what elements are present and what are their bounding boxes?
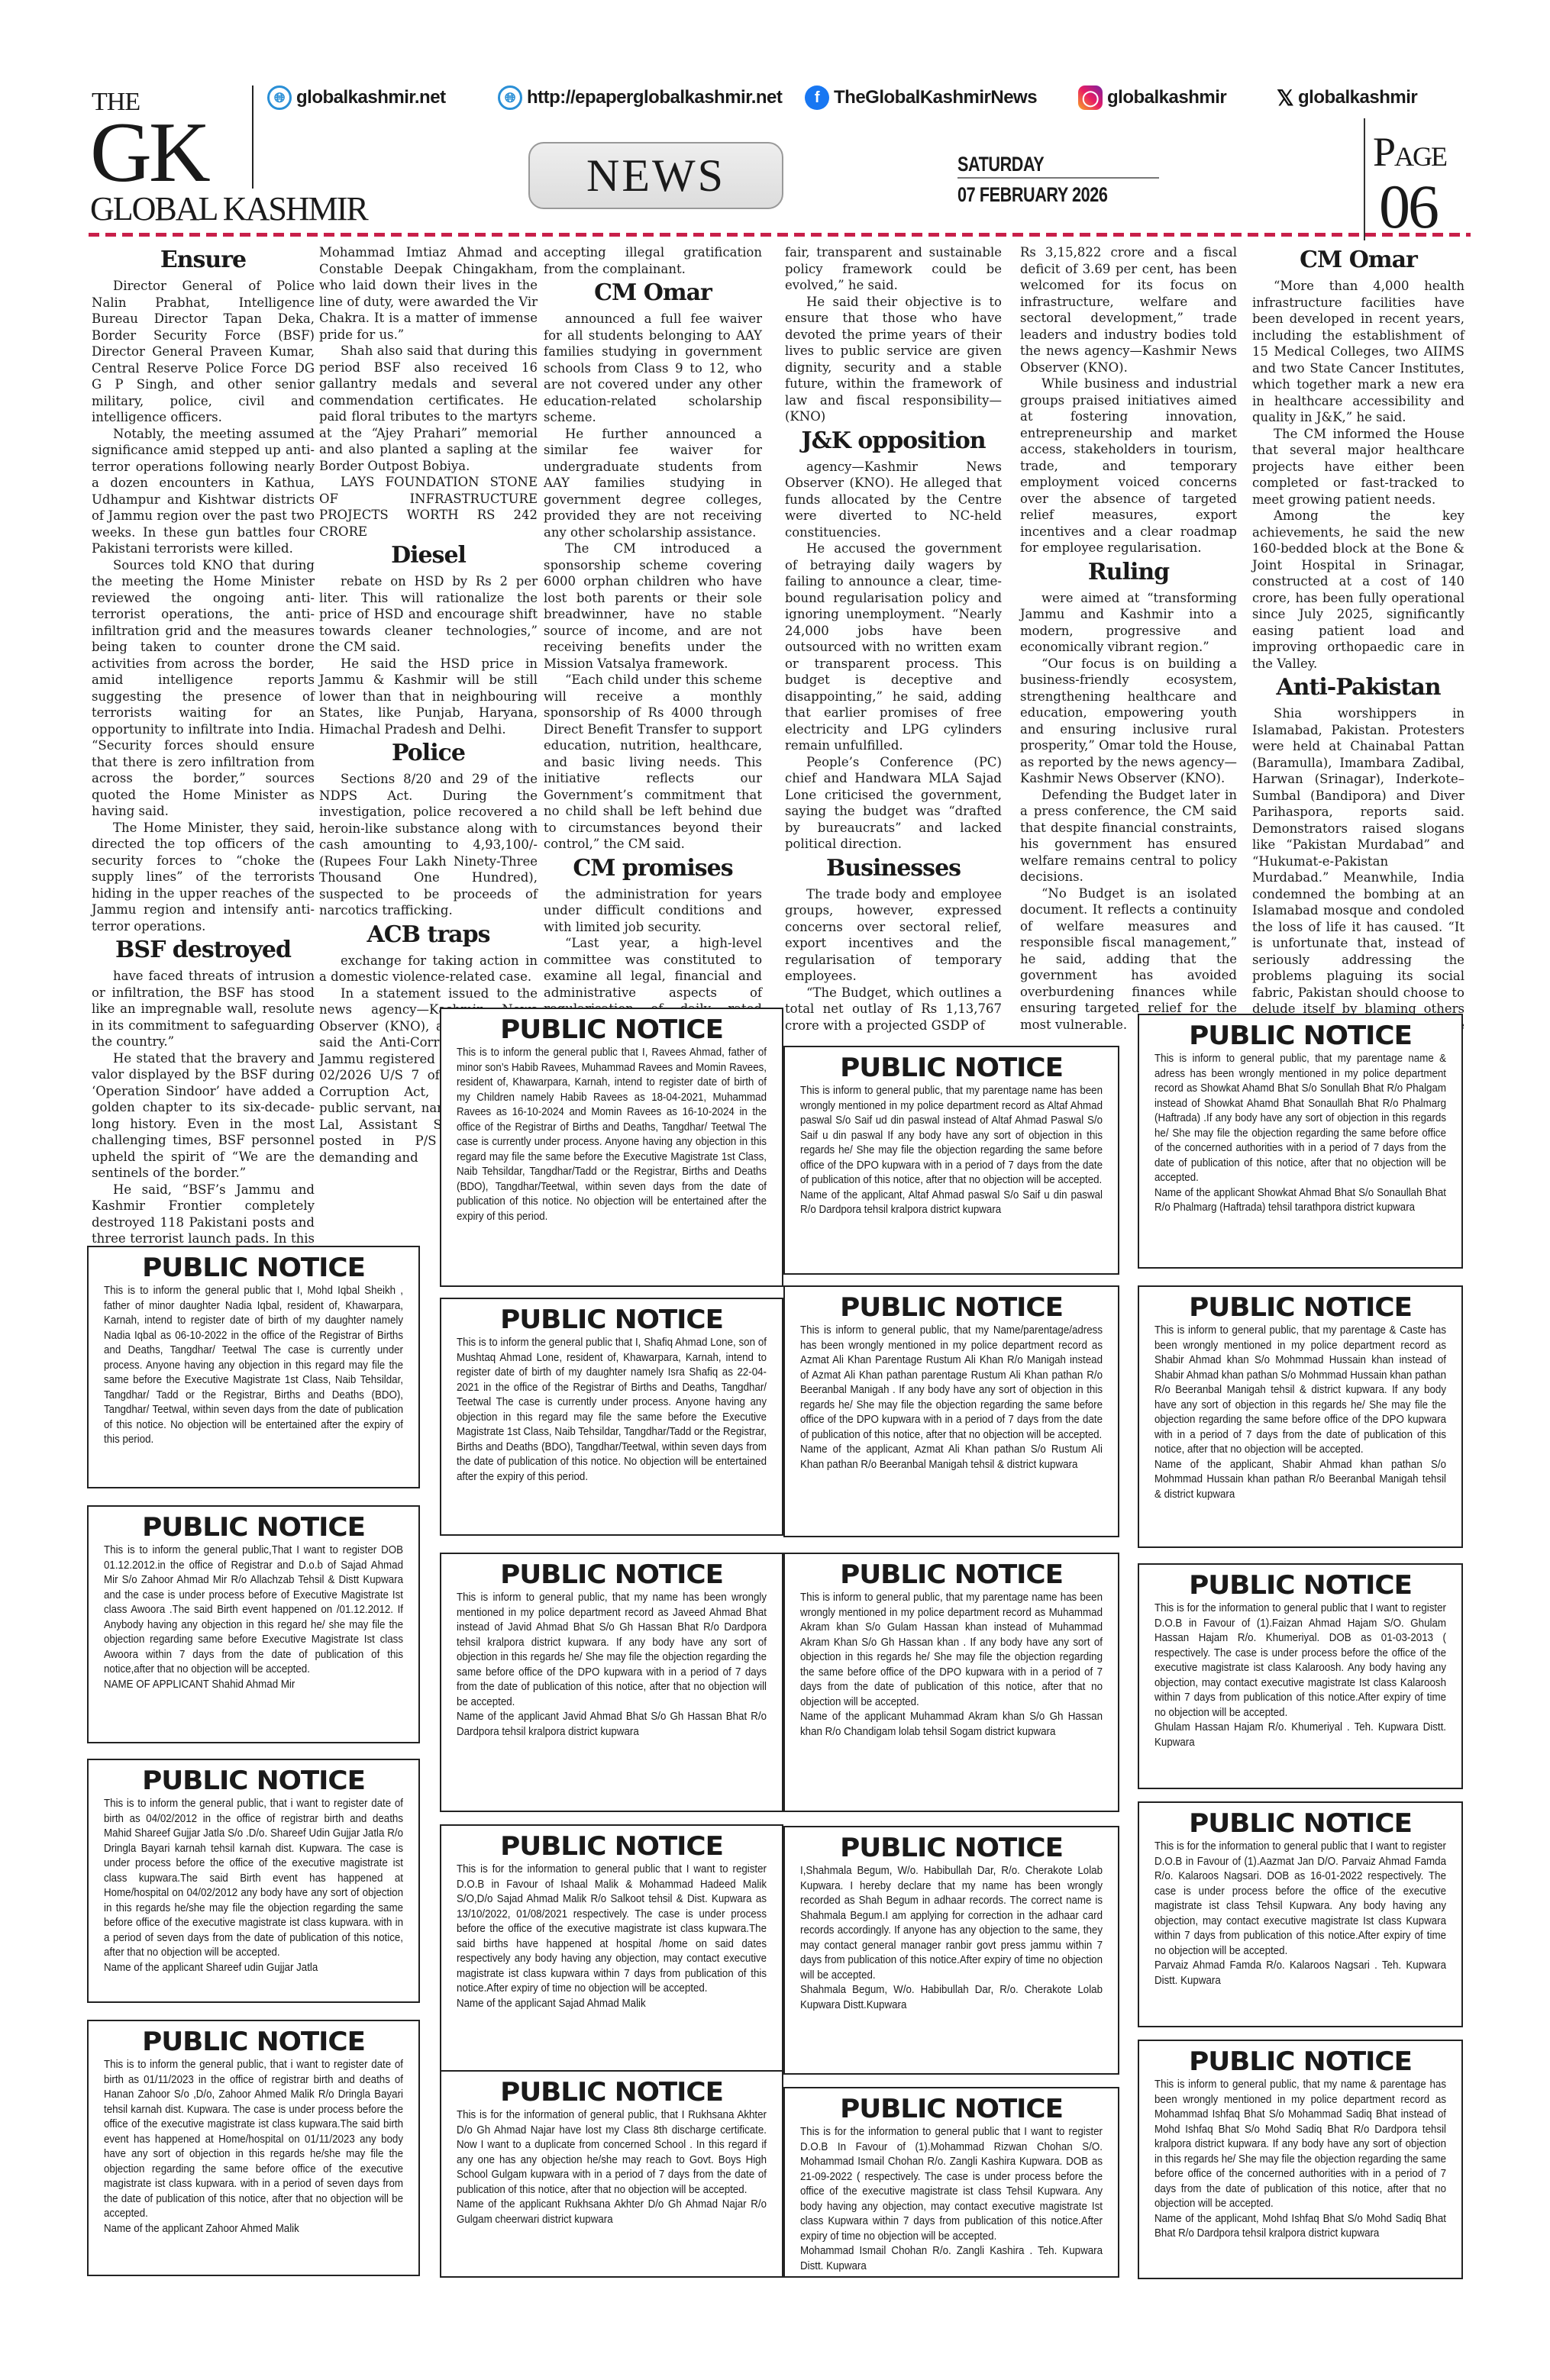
notice-title: PUBLIC NOTICE bbox=[1147, 1021, 1453, 1050]
notice-body: This is to inform the general public,Tha… bbox=[104, 1543, 403, 1678]
masthead-logo: GK bbox=[90, 114, 208, 191]
public-notice: PUBLIC NOTICE This is inform to general … bbox=[1138, 1285, 1463, 1548]
notice-body: This is to inform the general public, th… bbox=[104, 2058, 403, 2222]
notice-title: PUBLIC NOTICE bbox=[96, 1766, 411, 1795]
headline: Ruling bbox=[1020, 558, 1237, 587]
notice-title: PUBLIC NOTICE bbox=[449, 2078, 774, 2107]
paragraph: exchange for taking action in a domestic… bbox=[319, 953, 538, 985]
instagram-icon: ◯ bbox=[1078, 85, 1103, 110]
social-facebook[interactable]: f TheGlobalKashmirNews bbox=[805, 85, 1037, 110]
notice-title: PUBLIC NOTICE bbox=[793, 2095, 1110, 2124]
notice-title: PUBLIC NOTICE bbox=[1147, 1571, 1453, 1600]
paragraph: “No Budget is an isolated document. It r… bbox=[1020, 885, 1237, 1034]
headline: Police bbox=[319, 739, 538, 768]
paragraph: Shah also said that during this period B… bbox=[319, 343, 538, 474]
paragraph: Notably, the meeting assumed significanc… bbox=[92, 426, 315, 557]
notice-applicant: Name of the applicant Muhammad Akram kha… bbox=[800, 1710, 1103, 1740]
notice-body: This is for the information to general p… bbox=[1154, 1601, 1446, 1721]
facebook-icon: f bbox=[805, 85, 829, 110]
public-notice: PUBLIC NOTICE This is for the informatio… bbox=[1138, 1563, 1463, 1789]
paragraph: Among the key achievements, he said the … bbox=[1252, 508, 1464, 672]
public-notice: PUBLIC NOTICE This is inform to general … bbox=[783, 1046, 1119, 1275]
notice-applicant: Name of the applicant, Shabir Ahmad khan… bbox=[1154, 1458, 1446, 1503]
issue-day: SATURDAY bbox=[957, 153, 1044, 176]
notice-applicant: Name of the applicant Showkat Ahmad Bhat… bbox=[1154, 1186, 1446, 1216]
public-notice: PUBLIC NOTICE This is to inform the gene… bbox=[87, 2020, 420, 2276]
paragraph: Sources told KNO that during the meeting… bbox=[92, 557, 315, 820]
masthead-name: GLOBAL KASHMIR bbox=[90, 192, 367, 226]
social-label: TheGlobalKashmirNews bbox=[834, 87, 1037, 108]
x-icon: 𝕏 bbox=[1277, 85, 1293, 110]
notice-title: PUBLIC NOTICE bbox=[96, 1253, 411, 1282]
notice-body: I,Shahmala Begum, W/o. Habibullah Dar, R… bbox=[800, 1864, 1103, 1983]
notice-body: This is to inform the general public tha… bbox=[457, 1336, 767, 1485]
paragraph: He stated that the bravery and valor dis… bbox=[92, 1050, 315, 1182]
paragraph: The CM introduced a sponsorship scheme c… bbox=[544, 540, 762, 672]
headline: J&K opposition bbox=[785, 427, 1002, 456]
article-column-4: fair, transparent and sustainable policy… bbox=[785, 244, 1002, 1034]
headline: Diesel bbox=[319, 541, 538, 570]
paragraph: People’s Conference (PC) chief and Handw… bbox=[785, 754, 1002, 853]
headline: Anti-Pakistan bbox=[1252, 673, 1464, 702]
notice-title: PUBLIC NOTICE bbox=[96, 2027, 411, 2056]
notice-body: This is inform to general public, that m… bbox=[1154, 2078, 1446, 2212]
paragraph: He said their objective is to ensure tha… bbox=[785, 294, 1002, 425]
public-notice: PUBLIC NOTICE This is to inform the gene… bbox=[440, 1008, 783, 1287]
paragraph: The CM informed the House that several m… bbox=[1252, 426, 1464, 508]
notice-applicant: Name of the applicant Sajad Ahmad Malik bbox=[457, 1997, 767, 2012]
article-column-6: CM Omar “More than 4,000 health infrastr… bbox=[1252, 244, 1464, 1050]
notice-title: PUBLIC NOTICE bbox=[96, 1513, 411, 1542]
section-label: NEWS bbox=[528, 142, 783, 209]
globe-icon: 🌐︎ bbox=[267, 85, 292, 110]
headline: BSF destroyed bbox=[92, 936, 315, 965]
notice-body: This is for the information to general p… bbox=[800, 2125, 1103, 2244]
paragraph: Mohammad Imtiaz Ahmad and Constable Deep… bbox=[319, 244, 538, 343]
paragraph: the administration for years under diffi… bbox=[544, 886, 762, 936]
masthead-rule bbox=[89, 233, 1471, 237]
page-number: 06 bbox=[1379, 176, 1437, 238]
public-notice: PUBLIC NOTICE This is for the informatio… bbox=[440, 2070, 783, 2278]
headline: Businesses bbox=[785, 854, 1002, 883]
notice-applicant: NAME OF APPLICANT Shahid Ahmad Mir bbox=[104, 1678, 403, 1693]
paragraph: He said the HSD price in Jammu & Kashmir… bbox=[319, 656, 538, 738]
article-column-3: accepting illegal gratification from the… bbox=[544, 244, 762, 1034]
notice-applicant: Ghulam Hassan Hajam R/o. Khumeriyal . Te… bbox=[1154, 1721, 1446, 1750]
notice-applicant: Parvaiz Ahmad Famda R/o. Kalaroos Nagsar… bbox=[1154, 1959, 1446, 1988]
notice-title: PUBLIC NOTICE bbox=[1147, 1293, 1453, 1322]
paragraph: Shia worshippers in Islamabad, Pakistan.… bbox=[1252, 705, 1464, 1050]
social-label: globalkashmir bbox=[1107, 87, 1226, 108]
paragraph: fair, transparent and sustainable policy… bbox=[785, 244, 1002, 294]
notice-title: PUBLIC NOTICE bbox=[793, 1293, 1110, 1322]
notice-title: PUBLIC NOTICE bbox=[1147, 1809, 1453, 1838]
issue-date: 07 FEBRUARY 2026 bbox=[957, 183, 1108, 207]
article-column-5: Rs 3,15,822 crore and a fiscal deficit o… bbox=[1020, 244, 1237, 1033]
public-notice: PUBLIC NOTICE This is inform to general … bbox=[1138, 1014, 1463, 1269]
public-notice: PUBLIC NOTICE This is inform to general … bbox=[1138, 2040, 1463, 2279]
notice-title: PUBLIC NOTICE bbox=[793, 1053, 1110, 1082]
public-notice: PUBLIC NOTICE This is for the informatio… bbox=[783, 2087, 1119, 2278]
notice-applicant: Mohammad Ismail Chohan R/o. Zangli Kashi… bbox=[800, 2244, 1103, 2274]
masthead-divider bbox=[252, 85, 253, 189]
notice-body: This is inform to general public, that m… bbox=[800, 1591, 1103, 1710]
paragraph: “The Budget, which outlines a total net … bbox=[785, 985, 1002, 1034]
notice-body: This is for the information of general p… bbox=[457, 2108, 767, 2198]
paragraph: agency—Kashmir News Observer (KNO). He a… bbox=[785, 459, 1002, 541]
paragraph: were aimed at “transforming Jammu and Ka… bbox=[1020, 590, 1237, 656]
notice-body: This is inform to general public, that m… bbox=[1154, 1052, 1446, 1186]
paragraph: LAYS FOUNDATION STONE OF INFRASTRUCTURE … bbox=[319, 474, 538, 540]
public-notice: PUBLIC NOTICE This is inform to general … bbox=[440, 1553, 783, 1812]
article-column-1: Ensure Director General of Police Nalin … bbox=[92, 244, 315, 1263]
public-notice: PUBLIC NOTICE This is inform to general … bbox=[783, 1553, 1119, 1812]
public-notice: PUBLIC NOTICE This is to inform the gene… bbox=[87, 1505, 420, 1743]
globe-icon: 🌐︎ bbox=[498, 85, 522, 110]
notice-applicant: Name of the applicant Rukhsana Akhter D/… bbox=[457, 2198, 767, 2227]
notice-applicant: Name of the applicant Zahoor Ahmed Malik bbox=[104, 2222, 403, 2237]
notice-body: This is for the information to general p… bbox=[1154, 1840, 1446, 1959]
notice-body: This is inform to general public, that m… bbox=[457, 1591, 767, 1710]
social-label: globalkashmir.net bbox=[296, 87, 446, 108]
headline: CM promises bbox=[544, 854, 762, 883]
notice-applicant: Name of the applicant, Mohd Ishfaq Bhat … bbox=[1154, 2212, 1446, 2242]
notice-applicant: Name of the applicant, Azmat Ali Khan pa… bbox=[800, 1443, 1103, 1472]
social-website[interactable]: 🌐︎ globalkashmir.net bbox=[267, 85, 446, 110]
date-divider bbox=[957, 177, 1159, 179]
notice-title: PUBLIC NOTICE bbox=[449, 1305, 774, 1334]
paragraph: While business and industrial groups pra… bbox=[1020, 376, 1237, 556]
public-notice: PUBLIC NOTICE This is to inform the gene… bbox=[87, 1246, 420, 1488]
notice-title: PUBLIC NOTICE bbox=[793, 1560, 1110, 1589]
paragraph: rebate on HSD by Rs 2 per liter. This wi… bbox=[319, 573, 538, 656]
headline: CM Omar bbox=[544, 279, 762, 308]
notice-applicant: Shahmala Begum, W/o. Habibullah Dar, R/o… bbox=[800, 1983, 1103, 2013]
paragraph: “Our focus is on building a business-fri… bbox=[1020, 656, 1237, 787]
paragraph: “More than 4,000 health infrastructure f… bbox=[1252, 278, 1464, 426]
page-divider bbox=[1364, 118, 1365, 240]
headline: ACB traps bbox=[319, 921, 538, 950]
social-label: http://epaperglobalkashmir.net bbox=[527, 87, 782, 108]
social-instagram[interactable]: ◯ globalkashmir bbox=[1078, 85, 1226, 110]
paragraph: have faced threats of intrusion or infil… bbox=[92, 968, 315, 1050]
paragraph: He accused the government of betraying d… bbox=[785, 540, 1002, 754]
paragraph: Defending the Budget later in a press co… bbox=[1020, 787, 1237, 885]
notice-body: This is for the information to general p… bbox=[457, 1862, 767, 1997]
public-notice: PUBLIC NOTICE This is to inform the gene… bbox=[440, 1298, 783, 1536]
paragraph: Sections 8/20 and 29 of the NDPS Act. Du… bbox=[319, 771, 538, 919]
notice-applicant: Name of the applicant Shareef udin Gujja… bbox=[104, 1961, 403, 1976]
notice-title: PUBLIC NOTICE bbox=[1147, 2047, 1453, 2076]
public-notice: PUBLIC NOTICE This is inform to general … bbox=[783, 1285, 1119, 1537]
notice-applicant: Name of the applicant Javid Ahmad Bhat S… bbox=[457, 1710, 767, 1740]
notice-body: This is to inform the general public tha… bbox=[457, 1046, 767, 1224]
public-notice: PUBLIC NOTICE I,Shahmala Begum, W/o. Hab… bbox=[783, 1826, 1119, 2075]
notice-title: PUBLIC NOTICE bbox=[793, 1833, 1110, 1862]
social-epaper[interactable]: 🌐︎ http://epaperglobalkashmir.net bbox=[498, 85, 782, 110]
public-notice: PUBLIC NOTICE This is to inform the gene… bbox=[87, 1759, 420, 2003]
paragraph: “Each child under this scheme will recei… bbox=[544, 672, 762, 853]
social-label: globalkashmir bbox=[1298, 87, 1417, 108]
paragraph: He further announced a similar fee waive… bbox=[544, 426, 762, 541]
headline: Ensure bbox=[92, 246, 315, 275]
paragraph: The Home Minister, they said, directed t… bbox=[92, 820, 315, 935]
paragraph: The trade body and employee groups, howe… bbox=[785, 886, 1002, 985]
public-notice: PUBLIC NOTICE This is for the informatio… bbox=[1138, 1801, 1463, 2027]
notice-body: This is inform to general public, that m… bbox=[800, 1084, 1103, 1188]
paragraph: announced a full fee waiver for all stud… bbox=[544, 311, 762, 426]
headline: CM Omar bbox=[1252, 246, 1464, 275]
page-label: PAGE bbox=[1373, 128, 1446, 176]
notice-title: PUBLIC NOTICE bbox=[449, 1832, 774, 1861]
paragraph: accepting illegal gratification from the… bbox=[544, 244, 762, 277]
social-x[interactable]: 𝕏 globalkashmir bbox=[1277, 85, 1417, 110]
notice-body: This is inform to general public, that m… bbox=[1154, 1324, 1446, 1458]
paragraph: Director General of Police Nalin Prabhat… bbox=[92, 278, 315, 426]
notice-body: This is inform to general public, that m… bbox=[800, 1324, 1103, 1443]
notice-applicant: Name of the applicant, Altaf Ahmad paswa… bbox=[800, 1188, 1103, 1218]
notice-body: This is to inform the general public, th… bbox=[104, 1797, 403, 1961]
notice-title: PUBLIC NOTICE bbox=[449, 1560, 774, 1589]
notice-body: This is to inform the general public tha… bbox=[104, 1284, 403, 1448]
public-notice: PUBLIC NOTICE This is for the informatio… bbox=[440, 1824, 783, 2096]
notice-title: PUBLIC NOTICE bbox=[449, 1015, 774, 1044]
paragraph: Rs 3,15,822 crore and a fiscal deficit o… bbox=[1020, 244, 1237, 376]
